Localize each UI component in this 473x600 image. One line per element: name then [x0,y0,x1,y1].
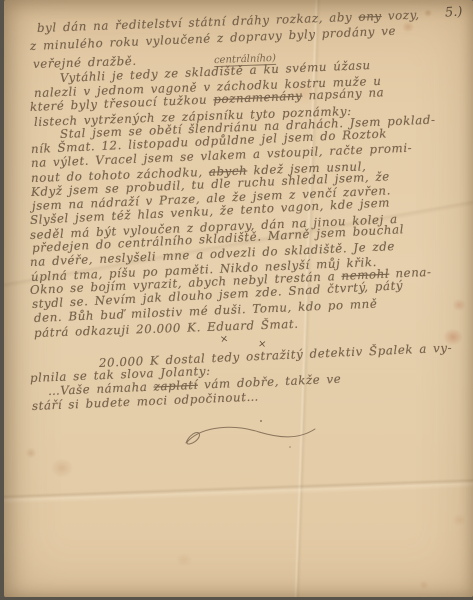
separator-x-mark: × [257,339,266,351]
flourish-divider [172,413,322,455]
separator-x-mark: × [219,333,229,345]
manuscript-page: 5.) centrálního) byl dán na ředitelství … [4,0,473,597]
page-number: 5.) [444,4,462,20]
struck-word: zaplatí [153,378,198,394]
struck-word: poznamenány [213,89,303,107]
struck-word: ony [358,9,382,24]
